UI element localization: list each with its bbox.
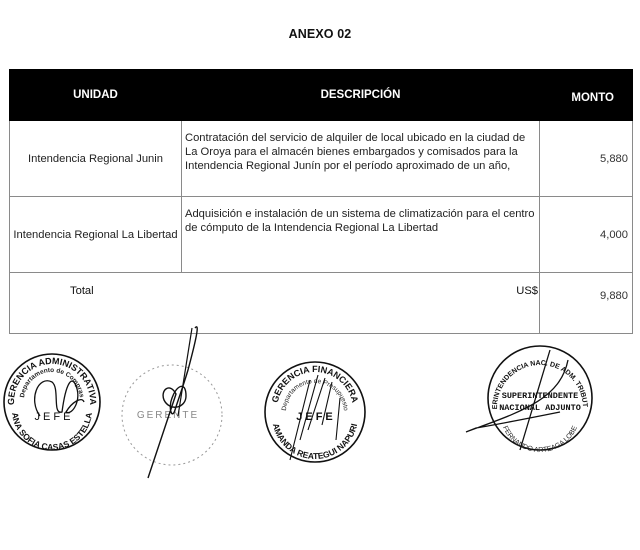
table-row: Intendencia Regional Junin Contratación …: [10, 121, 633, 197]
stamp3-bottom-text: AMANDA REATEGUI NAPURI: [271, 422, 359, 461]
cell-monto: 5,880: [540, 121, 633, 197]
signature-stamps: GERENCIA ADMINISTRATIVA Departamento de …: [0, 320, 640, 480]
cell-unidad: Intendencia Regional Junin: [10, 121, 182, 197]
signature-2: [148, 327, 197, 478]
header-descripcion: DESCRIPCIÓN: [182, 70, 540, 121]
stamp4-bottom-text: FERNANDO ARTEAGA LOBE: [501, 425, 579, 454]
cell-descripcion: Contratación del servicio de alquiler de…: [182, 121, 540, 197]
total-currency: US$: [516, 285, 538, 297]
table-header-row: UNIDAD DESCRIPCIÓN MONTO: [10, 70, 633, 121]
svg-text:GERENCIA ADMINISTRATIVA: GERENCIA ADMINISTRATIVA: [6, 356, 98, 406]
total-label: Total: [70, 285, 94, 297]
cell-unidad: Intendencia Regional La Libertad: [10, 197, 182, 273]
stamp1-outer-text: GERENCIA ADMINISTRATIVA: [6, 356, 98, 406]
cell-descripcion: Adquisición e instalación de un sistema …: [182, 197, 540, 273]
stamp4-center-line2: NACIONAL ADJUNTO: [499, 403, 581, 413]
document-title: ANEXO 02: [0, 27, 640, 41]
stamp-gerencia-administrativa: GERENCIA ADMINISTRATIVA Departamento de …: [4, 354, 100, 452]
annex-table: UNIDAD DESCRIPCIÓN MONTO Intendencia Reg…: [9, 69, 633, 334]
svg-text:AMANDA REATEGUI NAPURI: AMANDA REATEGUI NAPURI: [271, 422, 359, 461]
stamp-gerente: GERENTE: [122, 327, 222, 478]
header-unidad: UNIDAD: [10, 70, 182, 121]
cell-monto: 4,000: [540, 197, 633, 273]
table-row: Intendencia Regional La Libertad Adquisi…: [10, 197, 633, 273]
header-monto: MONTO: [540, 70, 633, 121]
svg-text:FERNANDO ARTEAGA LOBE: FERNANDO ARTEAGA LOBE: [501, 425, 579, 454]
stamp-gerencia-financiera: GERENCIA FINANCIERA Departamento de Pres…: [265, 362, 365, 462]
